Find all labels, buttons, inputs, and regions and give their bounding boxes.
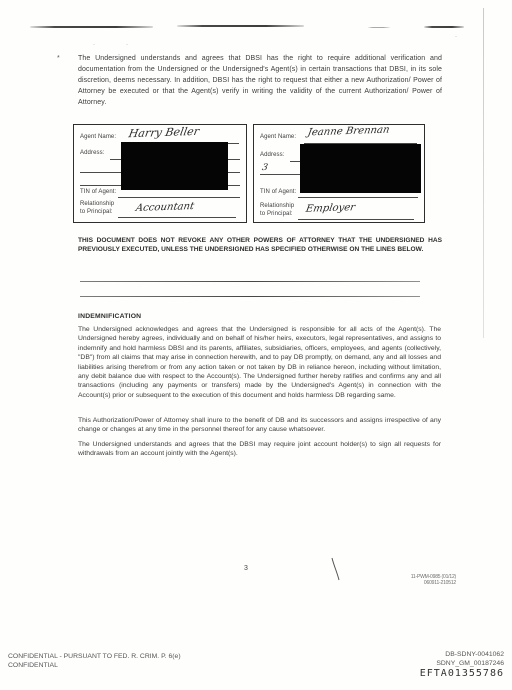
agent-box-left: Agent Name: Harry Beller Address: TIN of… [73, 124, 247, 223]
scan-artifact-page-edge [483, 8, 484, 338]
specification-line-1 [80, 281, 420, 282]
agent-name-handwriting: Jeanne Brennan [307, 125, 391, 139]
margin-asterisk: * [57, 55, 60, 62]
indemnification-paragraph-1: The Undersigned acknowledges and agrees … [78, 325, 441, 400]
bates-number-3: EFTA01355786 [300, 668, 504, 679]
relationship-label-line2: to Principal: [80, 209, 113, 215]
agent-name-handwriting: Harry Beller [128, 125, 201, 140]
bates-stamp: DB-SDNY-0041062 SDNY_GM_00187246 EFTA013… [300, 650, 504, 679]
agent-box-right: Agent Name: Jeanne Brennan Address: 3 TI… [253, 124, 425, 223]
bates-number-2: SDNY_GM_00187246 [300, 659, 504, 668]
pen-stray-mark [328, 556, 344, 586]
tin-line [118, 197, 240, 198]
agent-name-label: Agent Name: [80, 134, 116, 140]
indemnification-paragraph-3: The Undersigned understands and agrees t… [78, 440, 441, 459]
relationship-line [298, 219, 414, 220]
specification-line-2 [80, 296, 420, 297]
relationship-label-line1: Relationship [260, 203, 294, 209]
tin-label: TIN of Agent: [80, 189, 116, 195]
scan-speck: · [93, 42, 95, 48]
form-number-line2: 060911-210512 [356, 580, 456, 586]
scan-artifact-line [177, 25, 304, 27]
scanned-document-page: · · · * The Undersigned understands and … [0, 0, 512, 690]
tin-label: TIN of Agent: [260, 189, 296, 195]
redaction-box [300, 144, 421, 193]
address-label: Address: [260, 152, 284, 158]
scan-artifact-line [368, 27, 390, 28]
relationship-handwriting: Employer [305, 202, 356, 215]
redaction-box [121, 142, 228, 190]
scan-artifact-line [424, 26, 464, 28]
confidential-stamp: CONFIDENTIAL - PURSUANT TO FED. R. CRIM.… [8, 652, 181, 670]
page-number: 3 [244, 565, 248, 572]
indemnification-paragraph-2: This Authorization/Power of Attorney sha… [78, 416, 441, 435]
agent-name-label: Agent Name: [260, 134, 296, 140]
tin-line [298, 197, 418, 198]
relationship-label-line1: Relationship [80, 201, 114, 207]
intro-paragraph: The Undersigned understands and agrees t… [78, 53, 442, 108]
scan-speck: · [126, 42, 128, 48]
confidential-line1: CONFIDENTIAL - PURSUANT TO FED. R. CRIM.… [8, 652, 181, 661]
relationship-line [118, 217, 236, 218]
no-revoke-statement: THIS DOCUMENT DOES NOT REVOKE ANY OTHER … [78, 237, 442, 255]
form-number: 11-PWM-0985 (01/12) 060911-210512 [356, 574, 456, 586]
indemnification-heading: INDEMNIFICATION [78, 313, 141, 320]
relationship-handwriting: Accountant [135, 201, 195, 214]
relationship-label-line2: to Principal: [260, 211, 293, 217]
confidential-line2: CONFIDENTIAL [8, 661, 181, 670]
scan-artifact-line [30, 26, 153, 28]
bates-number-1: DB-SDNY-0041062 [300, 650, 504, 659]
scan-speck: · [455, 34, 457, 40]
address-partial-handwriting: 3 [261, 163, 269, 173]
address-label: Address: [80, 150, 104, 156]
